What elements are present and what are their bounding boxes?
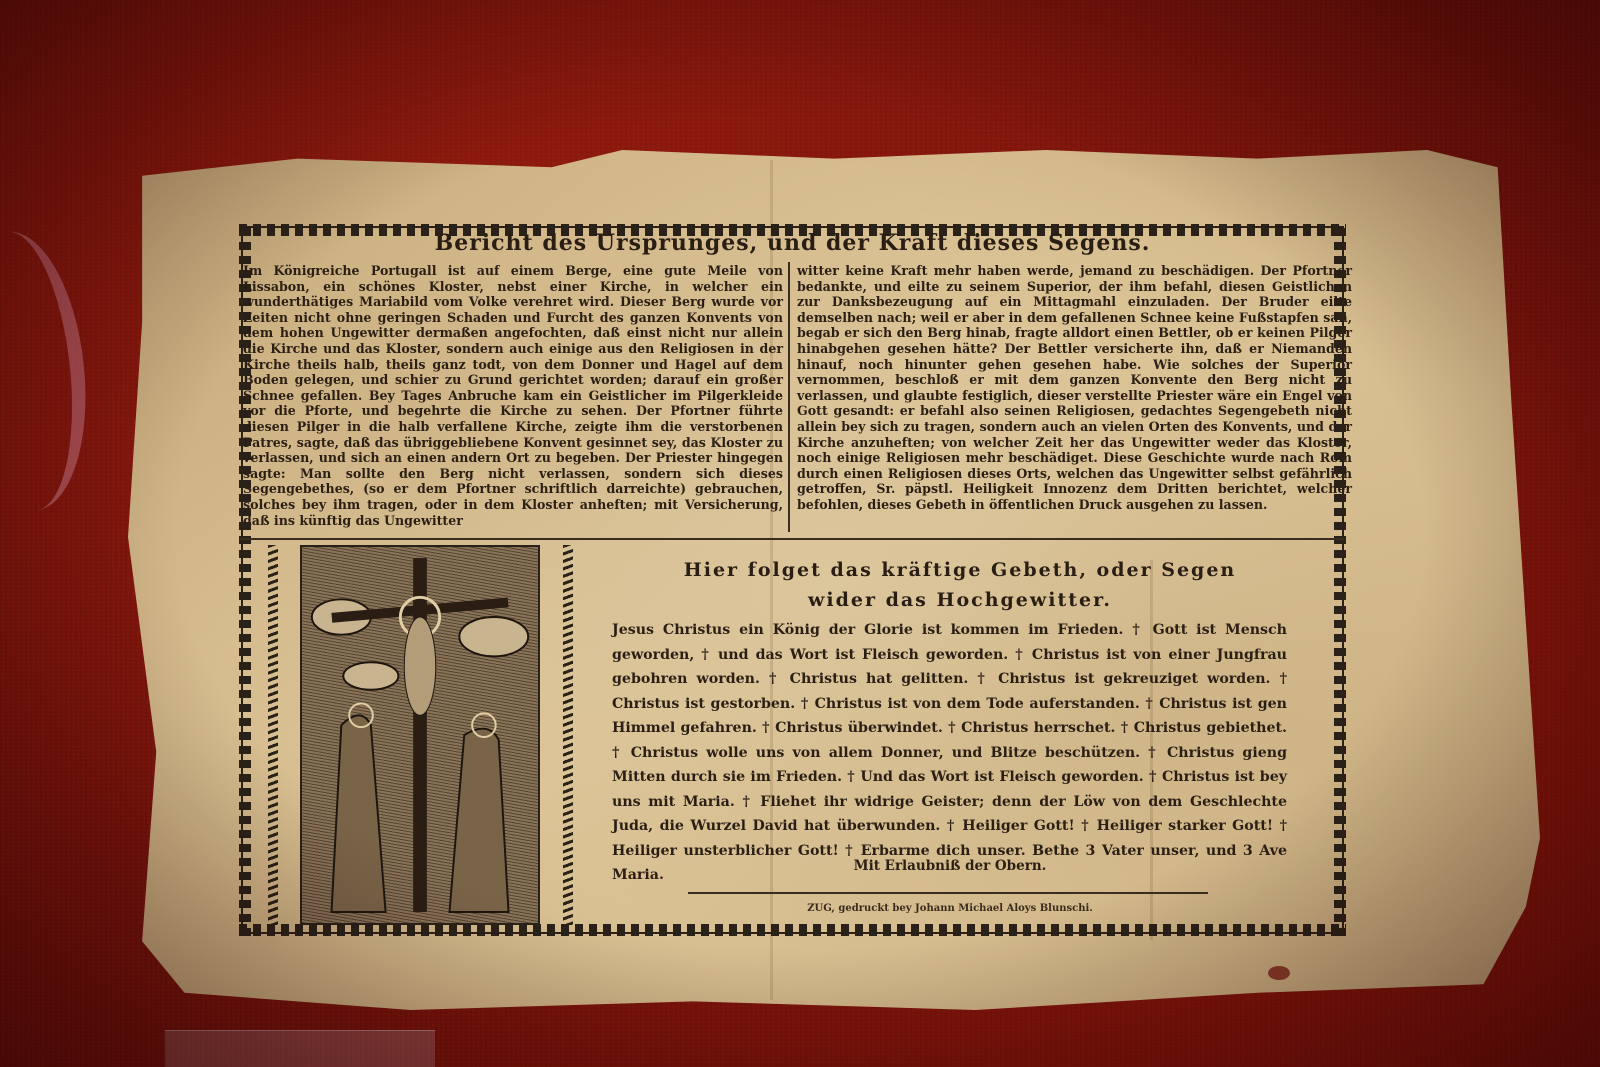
text-column-left: Im Königreiche Portugall ist auf einem B… <box>243 263 783 528</box>
prayer-heading: Hier folget das kräftige Gebeth, oder Se… <box>590 555 1330 615</box>
permission-notice: Mit Erlaubniß der Obern. <box>690 858 1210 874</box>
prayer-text: Jesus Christus ein König der Glorie ist … <box>612 618 1287 888</box>
imprint-rule <box>688 892 1208 894</box>
paper-stain <box>1268 966 1290 980</box>
ribbon <box>0 225 98 514</box>
prayer-heading-line1: Hier folget das kräftige Gebeth, oder Se… <box>590 555 1330 585</box>
chain-ornament-left <box>268 545 278 925</box>
section-divider <box>240 538 1345 540</box>
prayer-heading-line2: wider das Hochgewitter. <box>590 585 1330 615</box>
display-case-glass-edge <box>165 1030 435 1067</box>
column-divider <box>788 262 790 532</box>
crucifixion-illustration-icon <box>302 547 538 923</box>
crucifixion-woodcut <box>300 545 540 925</box>
printer-imprint: ZUG, gedruckt bey Johann Michael Aloys B… <box>700 903 1200 914</box>
text-column-right: witter keine Kraft mehr haben werde, jem… <box>797 263 1352 513</box>
woodcut-panel <box>268 545 573 925</box>
broadsheet-title: Bericht des Ursprunges, und der Kraft di… <box>240 230 1345 256</box>
chain-ornament-right <box>563 545 573 925</box>
